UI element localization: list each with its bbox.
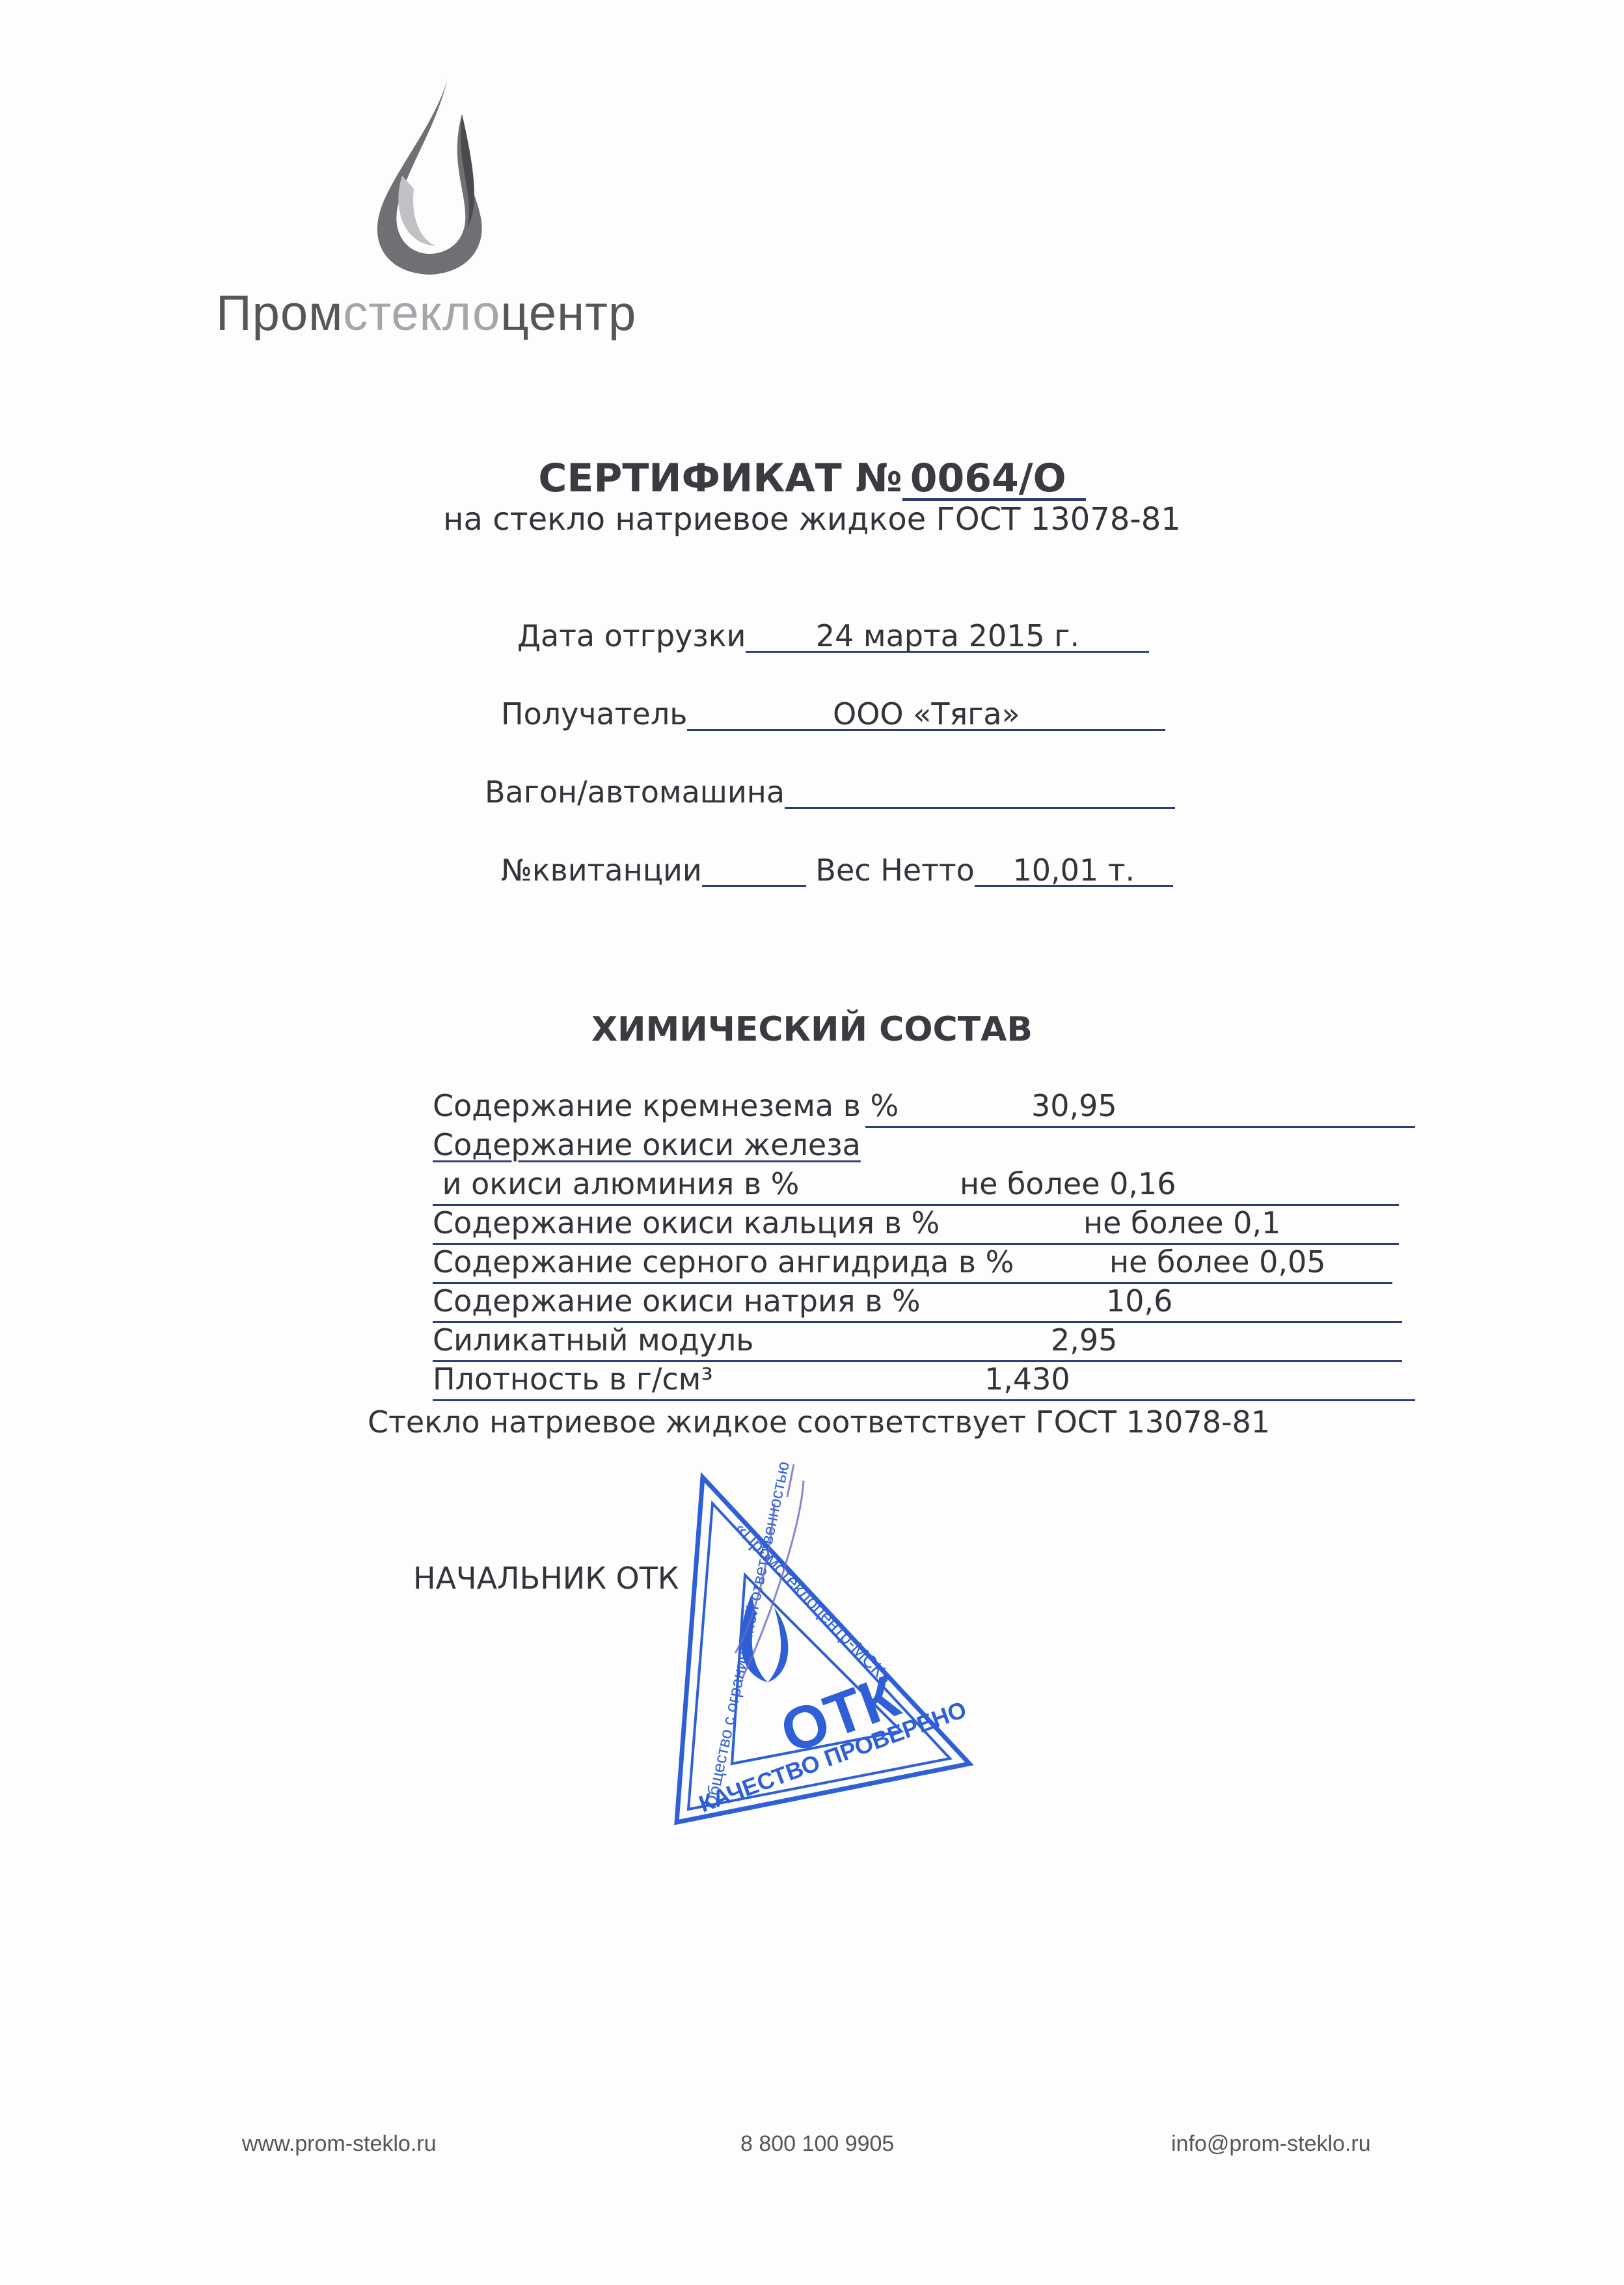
composition-title: ХИМИЧЕСКИЙ СОСТАВ	[0, 1010, 1624, 1049]
composition-row-label: Содержание серного ангидрида в %	[433, 1244, 1014, 1279]
composition-row-label: Содержание окиси натрия в %	[433, 1283, 921, 1319]
compliance-statement: Стекло натриевое жидкое соответствует ГО…	[368, 1404, 1270, 1440]
composition-row-value: 1,430	[984, 1361, 1070, 1397]
composition-row: Содержание кремнезема в %30,95	[433, 1088, 1474, 1127]
certificate-subtitle: на стекло натриевое жидкое ГОСТ 13078-81	[0, 501, 1624, 538]
footer-phone[interactable]: 8 800 100 9905	[740, 2131, 894, 2157]
certificate-number: 0064/О	[902, 459, 1086, 501]
composition-row: Содержание окиси кальция в %не более 0,1	[433, 1205, 1474, 1244]
composition-row: Плотность в г/см³1,430	[433, 1361, 1474, 1401]
composition-row: Содержание серного ангидрида в %не более…	[433, 1244, 1474, 1283]
composition-row-value: 2,95	[1051, 1322, 1117, 1358]
composition-row-underline	[433, 1399, 1415, 1401]
composition-row: и окиси алюминия в %не более 0,16	[433, 1166, 1474, 1205]
composition-row-value: не более 0,1	[1083, 1205, 1280, 1240]
composition-row-value: 10,6	[1106, 1283, 1172, 1319]
shipment-date-label: Дата отгрузки	[517, 618, 746, 653]
qc-head-label: НАЧАЛЬНИК ОТК	[413, 1561, 679, 1596]
wagon-field: Вагон/автомашина	[485, 774, 1175, 810]
logo-word-part1: Пром	[216, 286, 343, 341]
certificate-title: СЕРТИФИКАТ №0064/О	[0, 456, 1624, 501]
weight-value: 10,01 т.	[975, 855, 1173, 887]
composition-row-label: и окиси алюминия в %	[433, 1166, 799, 1201]
water-drop-icon	[364, 78, 494, 280]
wagon-value	[785, 777, 1175, 809]
composition-row-label: Силикатный модуль	[433, 1322, 753, 1358]
shipment-date-value: 24 марта 2015 г.	[746, 621, 1149, 653]
receipt-value	[702, 855, 806, 887]
recipient-field: ПолучательООО «Тяга»	[501, 696, 1165, 732]
otk-triangle-stamp-icon: ОТК Общество с ограниченной ответственно…	[664, 1458, 1002, 1835]
weight-label: Вес Нетто	[815, 853, 974, 888]
receipt-weight-field: №квитанции Вес Нетто10,01 т.	[501, 853, 1173, 888]
wagon-label: Вагон/автомашина	[485, 774, 785, 810]
composition-row-label: Содержание окиси кальция в %	[433, 1205, 940, 1240]
receipt-label: №квитанции	[501, 853, 702, 888]
shipment-date-field: Дата отгрузки24 марта 2015 г.	[517, 618, 1149, 653]
recipient-value: ООО «Тяга»	[687, 699, 1165, 731]
footer-website[interactable]: www.prom-steklo.ru	[242, 2131, 437, 2157]
composition-row-label: Плотность в г/см³	[433, 1361, 713, 1397]
composition-row-value: не более 0,05	[1109, 1244, 1326, 1279]
company-logo-wordmark: Промстеклоцентр	[216, 285, 636, 342]
certificate-title-prefix: СЕРТИФИКАТ №	[538, 456, 902, 501]
footer-email[interactable]: info@prom-steklo.ru	[1171, 2131, 1371, 2157]
recipient-label: Получатель	[501, 696, 687, 732]
composition-row-value: 30,95	[1031, 1088, 1117, 1123]
composition-row: Содержание окиси натрия в %10,6	[433, 1283, 1474, 1322]
logo-word-part2: стекло	[343, 286, 500, 341]
logo-word-part3: центр	[500, 286, 636, 341]
stamp-left-text: Общество с ограниченной ответственностью	[701, 1460, 794, 1811]
composition-row: Силикатный модуль2,95	[433, 1322, 1474, 1361]
composition-row-value: не более 0,16	[960, 1166, 1176, 1201]
composition-row: Содержание окиси железа	[433, 1127, 1474, 1166]
composition-row-label: Содержание окиси железа	[433, 1127, 861, 1162]
composition-row-label: Содержание кремнезема в %	[433, 1088, 899, 1123]
